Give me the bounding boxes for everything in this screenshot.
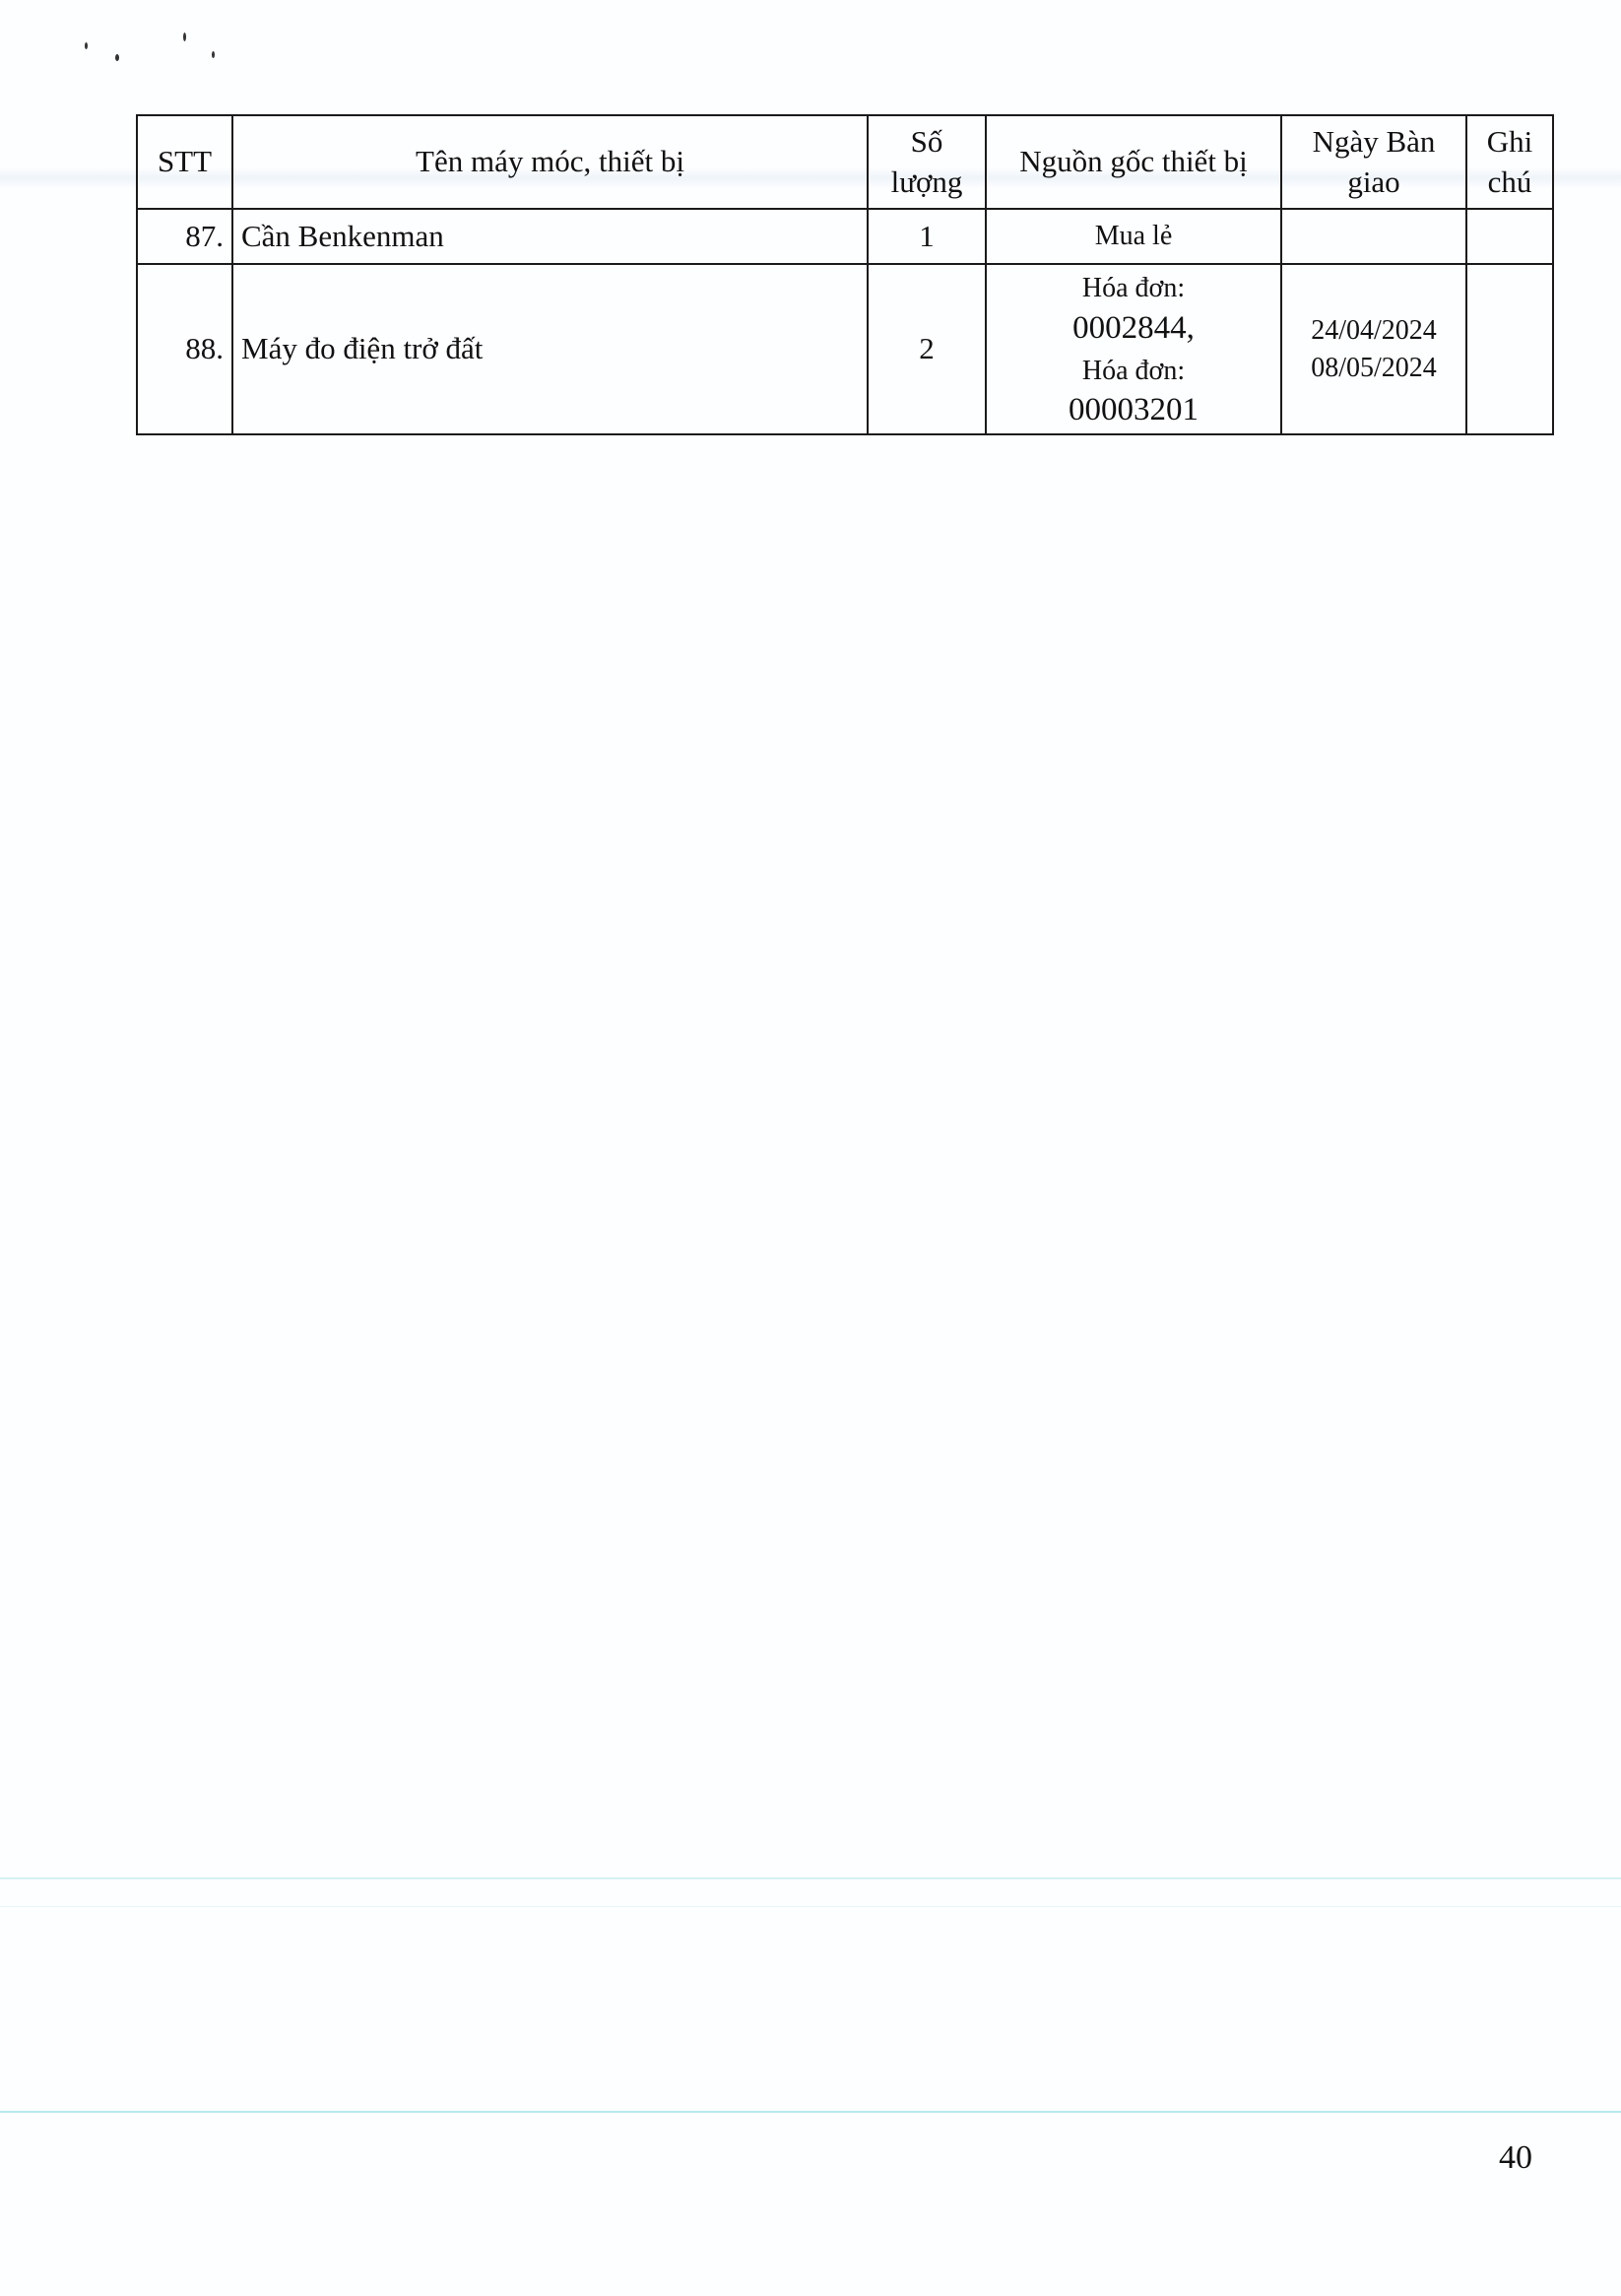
scan-speck (115, 54, 119, 61)
header-date-line1: Ngày Bàn (1313, 124, 1436, 159)
scan-artifact-line (0, 1877, 1621, 1879)
equipment-table: STT Tên máy móc, thiết bị Số lượng Nguồn… (136, 114, 1554, 435)
cell-source: Mua lẻ (986, 209, 1281, 264)
table-header-row: STT Tên máy móc, thiết bị Số lượng Nguồn… (137, 115, 1553, 209)
source-line: Hóa đơn: (1082, 273, 1185, 303)
scan-speck (85, 42, 88, 49)
cell-handover-date: 24/04/2024 08/05/2024 (1281, 264, 1466, 434)
cell-note (1466, 264, 1553, 434)
source-line: 0002844, (1072, 310, 1195, 346)
table-row: 87. Cần Benkenman 1 Mua lẻ (137, 209, 1553, 264)
cell-name: Máy đo điện trở đất (232, 264, 868, 434)
date-line: 08/05/2024 (1290, 350, 1458, 387)
scan-speck (212, 51, 215, 58)
cell-stt: 87. (137, 209, 232, 264)
header-stt: STT (137, 115, 232, 209)
header-source: Nguồn gốc thiết bị (986, 115, 1281, 209)
header-name: Tên máy móc, thiết bị (232, 115, 868, 209)
header-note-line1: Ghi (1487, 124, 1533, 159)
footer-divider (0, 2111, 1621, 2113)
scan-artifact-line (0, 1906, 1621, 1907)
header-quantity-line2: lượng (891, 164, 963, 199)
header-date-line2: giao (1347, 164, 1399, 199)
table-row: 88. Máy đo điện trở đất 2 Hóa đơn: 00028… (137, 264, 1553, 434)
header-handover-date: Ngày Bàn giao (1281, 115, 1466, 209)
cell-source: Hóa đơn: 0002844, Hóa đơn: 00003201 (986, 264, 1281, 434)
cell-note (1466, 209, 1553, 264)
cell-name: Cần Benkenman (232, 209, 868, 264)
source-line: 00003201 (1069, 392, 1199, 427)
date-line: 24/04/2024 (1290, 312, 1458, 350)
source-line: Hóa đơn: (1082, 356, 1185, 386)
header-quantity: Số lượng (868, 115, 986, 209)
header-note-line2: chú (1488, 164, 1532, 199)
page-number: 40 (1499, 2139, 1532, 2177)
header-quantity-line1: Số (911, 124, 943, 159)
cell-quantity: 2 (868, 264, 986, 434)
scan-speck (183, 33, 186, 41)
cell-quantity: 1 (868, 209, 986, 264)
cell-stt: 88. (137, 264, 232, 434)
header-note: Ghi chú (1466, 115, 1553, 209)
cell-handover-date (1281, 209, 1466, 264)
